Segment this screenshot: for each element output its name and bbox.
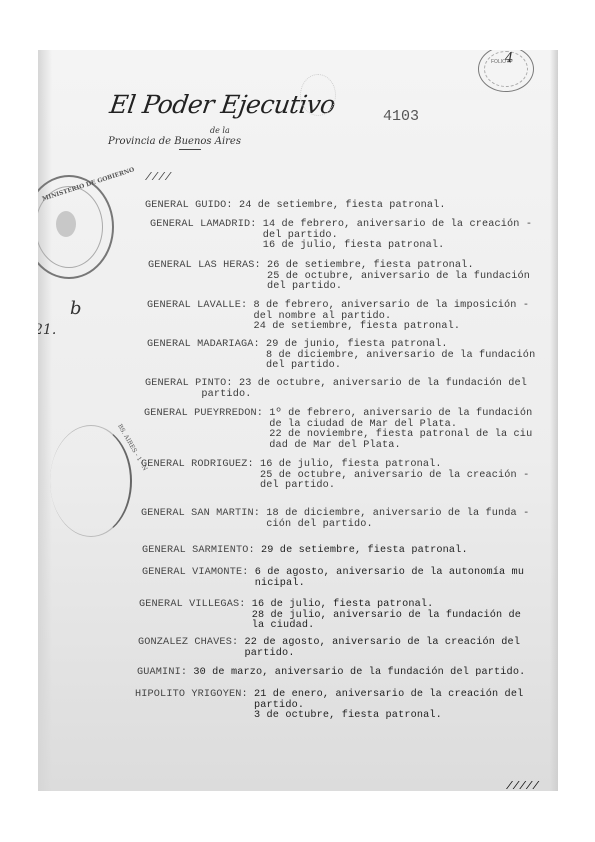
district-name: GENERAL SARMIENTO:: [142, 545, 261, 556]
holiday-text: 29 de junio, fiesta patronal.: [266, 339, 448, 350]
holiday-text: 8 de diciembre, aniversario de la fundac…: [147, 350, 535, 361]
margin-initials: 21.: [38, 322, 56, 338]
document-number: 4103: [383, 108, 419, 125]
entry-continuation-line: del partido.: [141, 481, 529, 492]
district-name: GENERAL GUIDO:: [145, 200, 239, 211]
holiday-text: del partido.: [148, 281, 342, 292]
district-name: GENERAL VIAMONTE:: [142, 567, 255, 578]
faint-coat-of-arms-icon: [300, 74, 336, 116]
holiday-text: partido.: [138, 648, 295, 659]
holiday-text: 1º de febrero, aniversario de la fundaci…: [269, 408, 532, 419]
district-name: GENERAL VILLEGAS:: [139, 599, 252, 610]
district-name: HIPOLITO YRIGOYEN:: [135, 689, 254, 700]
holiday-text: del partido.: [141, 480, 335, 491]
entry-continuation-line: partido.: [138, 649, 520, 660]
holiday-text: 22 de agosto, aniversario de la creación…: [244, 637, 520, 648]
holiday-text: 6 de agosto, aniversario de la autonomía…: [255, 567, 524, 578]
holiday-entry: GENERAL PINTO: 23 de octubre, aniversari…: [145, 379, 527, 400]
entry-continuation-line: nicipal.: [142, 579, 524, 590]
holiday-text: 25 de octubre, aniversario de la creació…: [141, 470, 529, 481]
district-name: GENERAL PUEYRREDON:: [144, 408, 269, 419]
holiday-entry: GUAMINI: 30 de marzo, aniversario de la …: [137, 668, 525, 679]
holiday-text: 16 de julio, fiesta patronal.: [260, 459, 442, 470]
entry-continuation-line: del partido.: [148, 282, 530, 293]
holiday-text: 26 de setiembre, fiesta patronal.: [267, 260, 474, 271]
holiday-text: 30 de marzo, aniversario de la fundación…: [193, 667, 525, 678]
district-name: GENERAL LAS HERAS:: [148, 260, 267, 271]
holiday-text: 21 de enero, aniversario de la creación …: [254, 689, 523, 700]
letterhead-province: Provincia de Buenos Aires: [108, 136, 241, 147]
margin-signature: b: [70, 298, 94, 320]
continuation-mark-bottom: /////: [506, 781, 539, 791]
holiday-text: 28 de julio, aniversario de la fundación…: [139, 610, 521, 621]
holiday-entry: GENERAL LAMADRID: 14 de febrero, anivers…: [150, 220, 532, 252]
holiday-entry: GENERAL RODRIGUEZ: 16 de julio, fiesta p…: [141, 460, 529, 492]
partial-seal-icon: BS. AIRES - 1 - N: [50, 425, 132, 537]
entry-continuation-line: la ciudad.: [139, 621, 521, 632]
holiday-text: 22 de noviembre, fiesta patronal de la c…: [144, 429, 532, 440]
holiday-text: 23 de octubre, aniversario de la fundaci…: [239, 378, 527, 389]
holiday-text: la ciudad.: [139, 620, 314, 631]
holiday-entry: GENERAL MADARIAGA: 29 de junio, fiesta p…: [147, 340, 535, 372]
entry-first-line: GENERAL SARMIENTO: 29 de setiembre, fies…: [142, 546, 468, 557]
holiday-text: 8 de febrero, aniversario de la imposici…: [253, 300, 529, 311]
holiday-entry: GENERAL VILLEGAS: 16 de julio, fiesta pa…: [139, 600, 521, 632]
district-name: GENERAL SAN MARTIN:: [141, 508, 266, 519]
holiday-text: nicipal.: [142, 578, 305, 589]
entry-continuation-line: 24 de setiembre, fiesta patronal.: [147, 322, 529, 333]
holiday-entry: HIPOLITO YRIGOYEN: 21 de enero, aniversa…: [135, 690, 523, 722]
holiday-text: del partido.: [147, 360, 341, 371]
holiday-text: 29 de setiembre, fiesta patronal.: [261, 545, 468, 556]
district-name: GENERAL LAVALLE:: [147, 300, 253, 311]
holiday-text: del nombre al partido.: [147, 311, 391, 322]
entry-continuation-line: 16 de julio, fiesta patronal.: [150, 241, 532, 252]
entry-first-line: GUAMINI: 30 de marzo, aniversario de la …: [137, 668, 525, 679]
holiday-text: partido.: [145, 389, 251, 400]
ministry-seal-icon: MINISTERIO DE GOBIERNO: [38, 175, 114, 279]
district-name: GENERAL RODRIGUEZ:: [141, 459, 260, 470]
district-name: GENERAL MADARIAGA:: [147, 339, 266, 350]
holiday-text: 24 de setiembre, fiesta patronal.: [147, 321, 460, 332]
holiday-text: 3 de octubre, fiesta patronal.: [135, 710, 442, 721]
district-name: GENERAL PINTO:: [145, 378, 239, 389]
entry-continuation-line: del partido.: [147, 361, 535, 372]
holiday-text: de la ciudad de Mar del Plata.: [144, 419, 457, 430]
folio-stamp-icon: FOLIO Nº 4: [478, 50, 534, 92]
holiday-entry: GONZALEZ CHAVES: 22 de agosto, aniversar…: [138, 638, 520, 659]
entry-continuation-line: 3 de octubre, fiesta patronal.: [135, 711, 523, 722]
holiday-entry: GENERAL LAS HERAS: 26 de setiembre, fies…: [148, 261, 530, 293]
holiday-entry: GENERAL LAVALLE: 8 de febrero, aniversar…: [147, 301, 529, 333]
district-name: GUAMINI:: [137, 667, 193, 678]
holiday-entry: GENERAL SARMIENTO: 29 de setiembre, fies…: [142, 546, 468, 557]
holiday-text: 24 de setiembre, fiesta patronal.: [239, 200, 446, 211]
holiday-entry: GENERAL PUEYRREDON: 1º de febrero, anive…: [144, 409, 532, 451]
holiday-entry: GENERAL GUIDO: 24 de setiembre, fiesta p…: [145, 201, 446, 212]
entry-continuation-line: partido.: [145, 390, 527, 401]
entry-continuation-line: ción del partido.: [141, 520, 529, 531]
holiday-text: ción del partido.: [141, 519, 373, 530]
district-name: GONZALEZ CHAVES:: [138, 637, 244, 648]
holiday-text: partido.: [135, 700, 304, 711]
folio-stamp-number: 4: [505, 51, 513, 66]
holiday-text: 16 de julio, fiesta patronal.: [150, 240, 444, 251]
holiday-entry: GENERAL VIAMONTE: 6 de agosto, aniversar…: [142, 568, 524, 589]
seal-crest-icon: [56, 211, 76, 237]
holiday-entry: GENERAL SAN MARTIN: 18 de diciembre, ani…: [141, 509, 529, 530]
entry-continuation-line: dad de Mar del Plata.: [144, 441, 532, 452]
entry-first-line: GENERAL GUIDO: 24 de setiembre, fiesta p…: [145, 201, 446, 212]
scanned-page: El Poder Ejecutivo de la Provincia de Bu…: [38, 50, 558, 791]
holiday-text: dad de Mar del Plata.: [144, 440, 401, 451]
continuation-mark-top: ////: [145, 172, 171, 184]
holiday-text: del partido.: [150, 230, 338, 241]
holiday-text: 16 de julio, fiesta patronal.: [252, 599, 434, 610]
holiday-text: 25 de octubre, aniversario de la fundaci…: [148, 271, 530, 282]
letterhead-underline: [179, 149, 201, 150]
letterhead-connector: de la: [210, 126, 230, 135]
holiday-text: 18 de diciembre, aniversario de la funda…: [266, 508, 529, 519]
district-name: GENERAL LAMADRID:: [150, 219, 263, 230]
holiday-text: 14 de febrero, aniversario de la creació…: [263, 219, 532, 230]
